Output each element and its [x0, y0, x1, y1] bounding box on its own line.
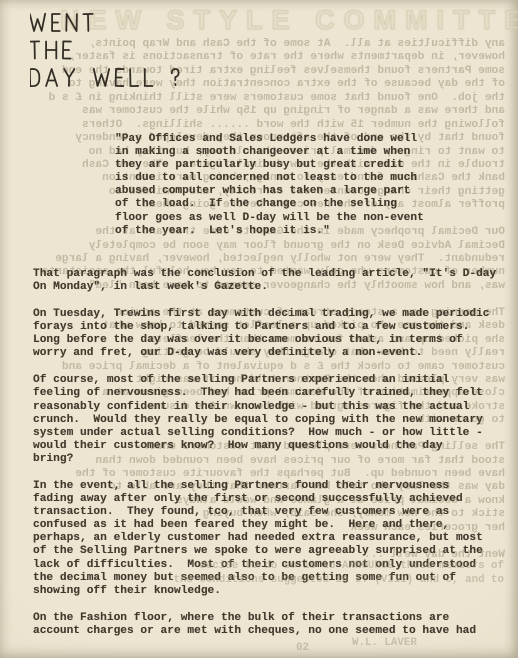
- text-line: reasonably confident in their knowledge …: [33, 401, 509, 414]
- text-line: would their customers know? How many que…: [33, 440, 509, 453]
- title-letter: [116, 69, 124, 86]
- text-line: confused as it had been feared they migh…: [33, 519, 509, 532]
- title-letter: [30, 14, 45, 31]
- title-letter: [83, 14, 93, 31]
- text-line: Long before the day was over it became o…: [33, 334, 509, 347]
- text-line: crunch. Would they really be equal to co…: [33, 414, 509, 427]
- text-line: of the Selling Partners we spoke to were…: [33, 545, 509, 558]
- text-line: On the Fashion floor, where the bulk of …: [33, 612, 509, 625]
- text-line: bring?: [33, 453, 509, 466]
- text-line: forays into the shop, talking to Partner…: [33, 321, 509, 334]
- title-letter: [66, 14, 77, 31]
- text-line: of the year. Let's hope it is.": [115, 225, 509, 238]
- text-line: transaction. They found, tco, that very …: [33, 506, 509, 519]
- title-letter: [46, 42, 56, 59]
- paragraph: Of course, most of the selling Partners …: [33, 374, 509, 466]
- quoted-passage: "Pay Offices and Sales Ledgers have done…: [115, 133, 509, 238]
- title-letter: [130, 69, 138, 86]
- text-line: is due to all concerned not least to the…: [115, 172, 509, 185]
- text-line: In the event, all the selling Partners f…: [33, 480, 509, 493]
- title-letter: [63, 41, 71, 58]
- title-letter: [64, 69, 75, 86]
- text-line: system under actual selling conditions? …: [33, 427, 509, 440]
- text-line: perhaps, an elderly customer had needed …: [33, 532, 509, 545]
- text-line: Of course, most of the selling Partners …: [33, 374, 509, 387]
- text-line: On Tuesday, Trewins first day with decim…: [33, 308, 509, 321]
- show-through-fragment: decide to do so is to ANNOUNCE those mem…: [199, 560, 504, 573]
- handwritten-title: [30, 12, 260, 112]
- show-through-fragment: W.L. LAVER: [352, 637, 417, 650]
- title-letter: [52, 14, 60, 31]
- title-letter: [30, 41, 40, 58]
- title-letter: [30, 69, 40, 86]
- text-line: "Pay Offices and Sales Ledgers have done…: [115, 133, 509, 146]
- paragraph: On the Fashion floor, where the bulk of …: [33, 612, 509, 638]
- text-line: in making a smooth changeover at a time …: [115, 146, 509, 159]
- title-letter: [46, 69, 57, 86]
- text-line: On Monday", in last week's Gazette.: [33, 281, 509, 294]
- text-line: worry and fret, our D-day was very defin…: [33, 347, 509, 360]
- title-letter: [145, 69, 153, 86]
- text-line: abused computer which has taken a large …: [115, 185, 509, 198]
- show-through-fragment: 02: [296, 642, 309, 655]
- scanned-document-page: NEW STYLE COMMITTEE any difficulties at …: [0, 0, 518, 658]
- title-letter: [94, 69, 109, 86]
- paragraph: That paragraph was the conclusion of the…: [33, 268, 509, 294]
- text-line: account charges or are met with cheques,…: [33, 625, 509, 638]
- text-line: feeling of nervousness. They had been ca…: [33, 387, 509, 400]
- paragraph: On Tuesday, Trewins first day with decim…: [33, 308, 509, 360]
- show-through-fragment: the conditions suggested in IT (VIII) an…: [174, 574, 504, 587]
- bleed-line: following the number 15 with the word ..…: [0, 119, 518, 132]
- title-letter: [172, 69, 179, 85]
- text-line: fading away after only the first or seco…: [33, 493, 509, 506]
- text-line: they are particularly busy but great cre…: [115, 159, 509, 172]
- text-line: floor goes as well D-day will be the non…: [115, 212, 509, 225]
- text-line: That paragraph was the conclusion of the…: [33, 268, 509, 281]
- text-line: of the load. If the change on the sellin…: [115, 198, 509, 211]
